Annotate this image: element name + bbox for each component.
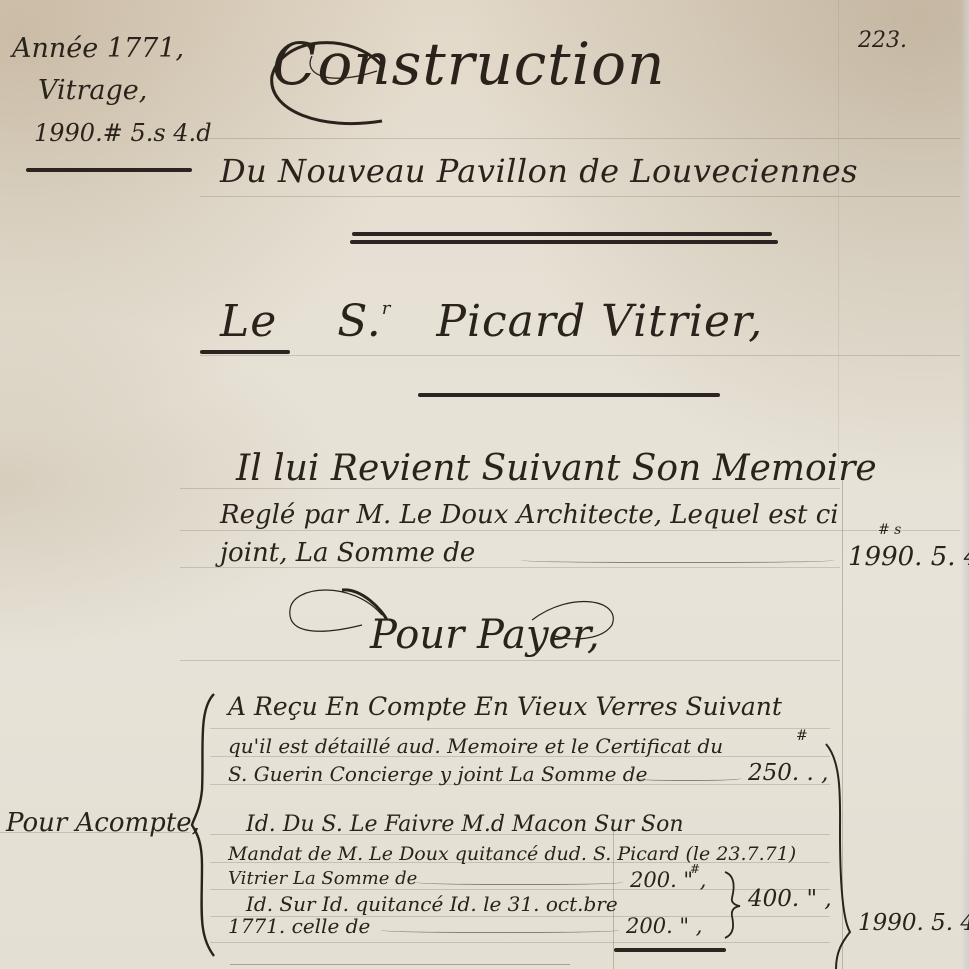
- ruling-line: [200, 196, 960, 197]
- credit-line-2: Reglé par M. Le Doux Architecte, Lequel …: [220, 500, 839, 530]
- heading-flourish-icon: [282, 580, 642, 660]
- manuscript-page: Année 1771, Vitrage, 1990.# 5.s 4.d 223.…: [0, 0, 969, 969]
- section-rule: [418, 393, 720, 397]
- person-prefix: Le: [220, 296, 277, 347]
- filler-line: [520, 556, 835, 563]
- payment-2-line-1: Id. Du S. Le Faivre M.d Macon Sur Son: [246, 812, 684, 837]
- double-rule-top: [352, 232, 772, 236]
- payment-3-line-2: 1771. celle de: [228, 914, 370, 938]
- credit-amount: 1990. 5. 4.: [848, 542, 969, 572]
- payment-1-line-1: A Reçu En Compte En Vieux Verres Suivant: [228, 692, 782, 721]
- ruling-line: [210, 942, 830, 943]
- payment-2-amount: 200. " ,: [630, 868, 706, 892]
- grand-total-amount: 1990. 5. 4,: [858, 910, 969, 936]
- payment-1-line-2: qu'il est détaillé aud. Memoire et le Ce…: [228, 734, 723, 758]
- payment-1-amount: 250. . ,: [748, 760, 828, 786]
- margin-category: Vitrage,: [38, 76, 147, 106]
- person-name: Picard Vitrier,: [436, 296, 763, 347]
- ruling-line: [210, 728, 830, 729]
- page-subtitle: Du Nouveau Pavillon de Louveciennes: [220, 152, 858, 190]
- underline-bar: [26, 168, 192, 172]
- credit-line-1: Il lui Revient Suivant Son Memoire: [236, 448, 877, 489]
- person-heading: Le S.r Picard Vitrier,: [220, 296, 763, 347]
- payment-3-amount: 200. " ,: [626, 914, 702, 938]
- subtotal-brace-icon: [722, 870, 744, 940]
- subtotal-amount: 400. " ,: [748, 886, 832, 912]
- filler-line: [414, 878, 624, 885]
- filler-line: [632, 774, 742, 781]
- payment-1-unit: #: [796, 728, 808, 744]
- payment-3-line-1: Id. Sur Id. quitancé Id. le 31. oct.bre: [246, 892, 618, 916]
- payment-2-line-3: Vitrier La Somme de: [228, 868, 417, 889]
- person-honorific-sup: r: [382, 298, 392, 319]
- credit-amount-unit: # s: [878, 522, 901, 538]
- cut-off-line: [230, 964, 570, 965]
- margin-year: Année 1771,: [12, 34, 184, 64]
- ruling-line: [200, 355, 960, 356]
- folio-number: 223.: [858, 28, 907, 53]
- left-brace-icon: [190, 690, 220, 960]
- credit-line-3: joint, La Somme de: [220, 538, 475, 568]
- ruling-line: [180, 530, 960, 531]
- title-flourish-icon: [262, 36, 402, 136]
- filler-line: [380, 926, 620, 933]
- margin-total: 1990.# 5.s 4.d: [34, 118, 212, 148]
- payment-1-line-3: S. Guerin Concierge y joint La Somme de: [228, 762, 647, 786]
- ruling-line: [200, 138, 960, 139]
- underline-bar: [200, 350, 290, 354]
- page-edge: [961, 0, 969, 969]
- ruling-line: [180, 660, 840, 661]
- column-rule: [838, 0, 839, 470]
- double-rule-bottom: [350, 240, 778, 244]
- sum-rule: [614, 948, 726, 952]
- person-honorific: S.: [337, 296, 382, 347]
- payments-side-label: Pour Acompte,: [6, 808, 200, 838]
- payment-2-line-2: Mandat de M. Le Doux quitancé dud. S. Pi…: [228, 843, 796, 865]
- right-brace-icon: [822, 742, 862, 969]
